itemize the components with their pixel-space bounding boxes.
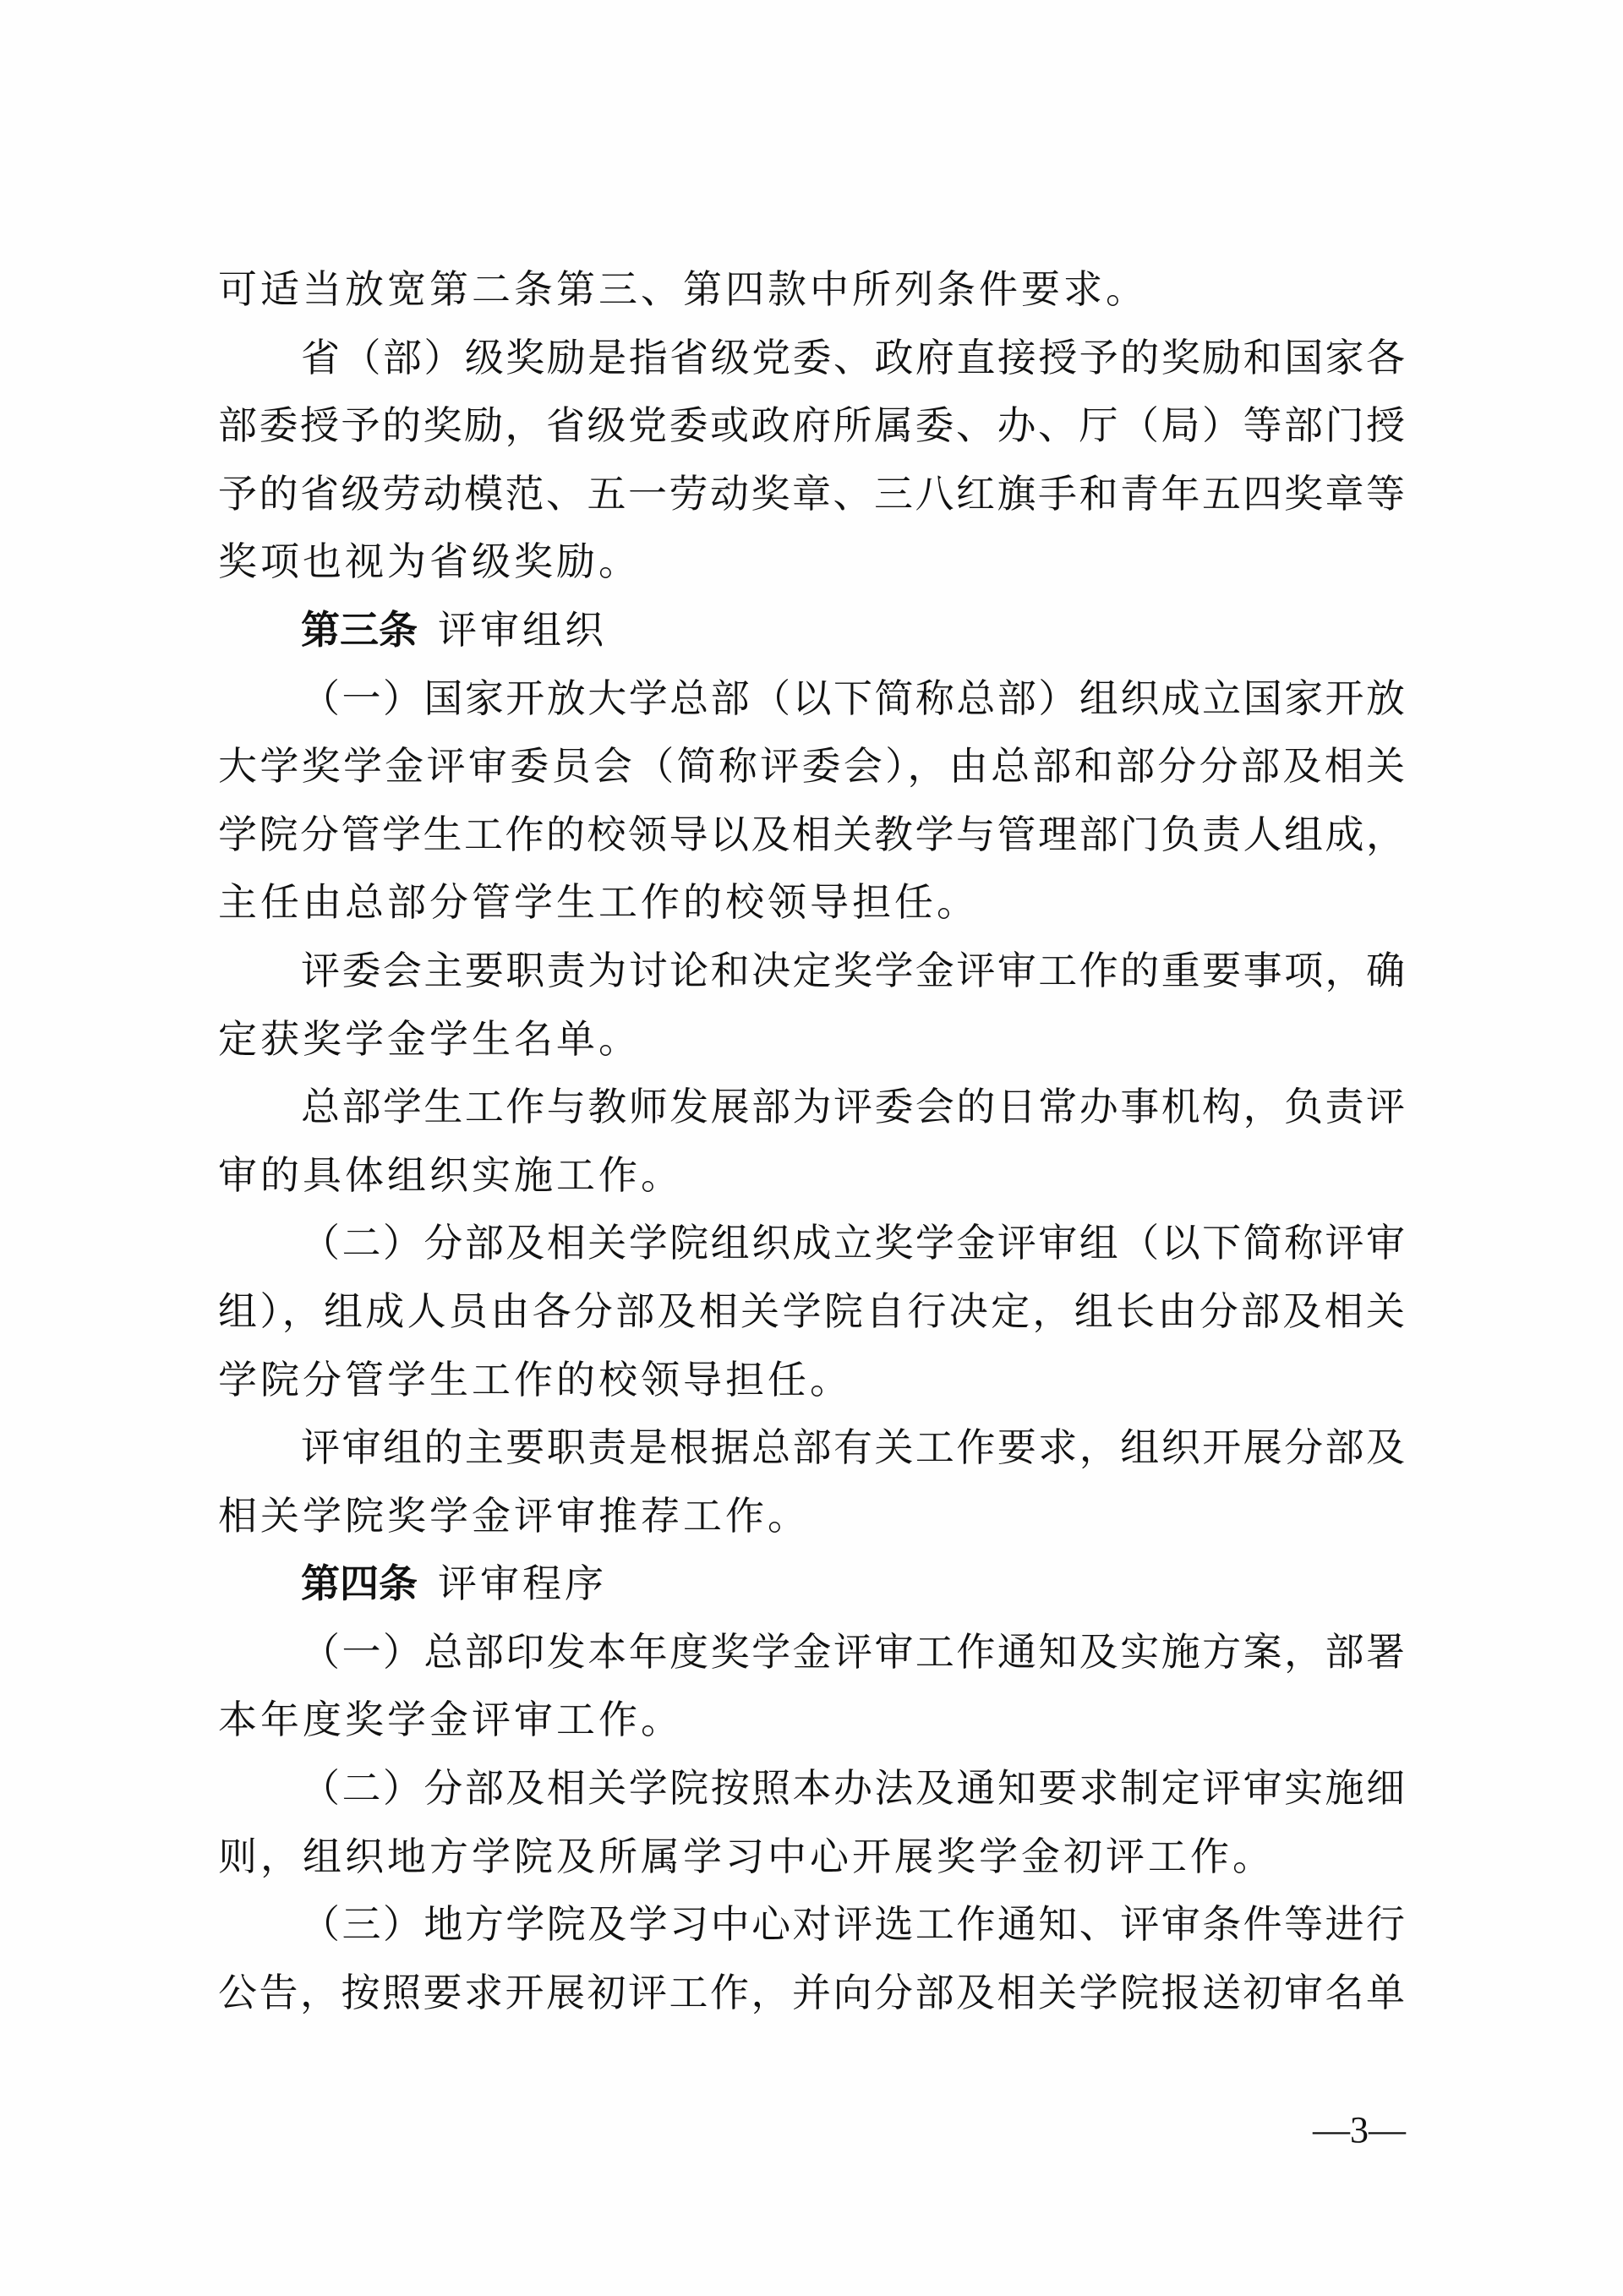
article-heading: 第四条评审程序 [218, 1550, 1405, 1618]
paragraph-line: 相关学院奖学金评审推荐工作。 [218, 1482, 1405, 1550]
paragraph-line: 公告，按照要求开展初评工作，并向分部及相关学院报送初审名单 [218, 1959, 1405, 2027]
paragraph-line: （三）地方学院及学习中心对评选工作通知、评审条件等进行 [218, 1890, 1405, 1959]
document-body: 可适当放宽第二条第三、第四款中所列条件要求。省（部）级奖励是指省级党委、政府直接… [218, 255, 1405, 2026]
paragraph-line: 部委授予的奖励，省级党委或政府所属委、办、厅（局）等部门授 [218, 391, 1405, 460]
page-number: —3— [1307, 2108, 1412, 2152]
paragraph-line: 奖项也视为省级奖励。 [218, 528, 1405, 596]
paragraph-line: 评审组的主要职责是根据总部有关工作要求，组织开展分部及 [218, 1413, 1405, 1482]
article-number: 第四条 [301, 1561, 418, 1606]
article-number: 第三条 [301, 607, 418, 653]
paragraph-line: 总部学生工作与教师发展部为评委会的日常办事机构，负责评 [218, 1073, 1405, 1141]
paragraph-line: 主任由总部分管学生工作的校领导担任。 [218, 868, 1405, 937]
paragraph-line: 审的具体组织实施工作。 [218, 1141, 1405, 1210]
paragraph-line: 省（部）级奖励是指省级党委、政府直接授予的奖励和国家各 [218, 324, 1405, 392]
paragraph-line: （二）分部及相关学院按照本办法及通知要求制定评审实施细 [218, 1754, 1405, 1823]
paragraph-line: （一）总部印发本年度奖学金评审工作通知及实施方案，部署 [218, 1618, 1405, 1686]
paragraph-line: 予的省级劳动模范、五一劳动奖章、三八红旗手和青年五四奖章等 [218, 460, 1405, 528]
paragraph-line: 大学奖学金评审委员会（简称评委会），由总部和部分分部及相关 [218, 732, 1405, 801]
paragraph-line: 可适当放宽第二条第三、第四款中所列条件要求。 [218, 255, 1405, 324]
paragraph-line: 评委会主要职责为讨论和决定奖学金评审工作的重要事项，确 [218, 937, 1405, 1005]
paragraph-line: （二）分部及相关学院组织成立奖学金评审组（以下简称评审 [218, 1209, 1405, 1277]
document-page: 可适当放宽第二条第三、第四款中所列条件要求。省（部）级奖励是指省级党委、政府直接… [0, 0, 1623, 2296]
article-title: 评审组织 [438, 607, 607, 653]
paragraph-line: 组），组成人员由各分部及相关学院自行决定，组长由分部及相关 [218, 1277, 1405, 1346]
article-title: 评审程序 [438, 1561, 607, 1606]
article-heading: 第三条评审组织 [218, 596, 1405, 664]
paragraph-line: （一）国家开放大学总部（以下简称总部）组织成立国家开放 [218, 664, 1405, 733]
paragraph-line: 定获奖学金学生名单。 [218, 1005, 1405, 1074]
paragraph-line: 学院分管学生工作的校领导以及相关教学与管理部门负责人组成， [218, 801, 1405, 869]
paragraph-line: 学院分管学生工作的校领导担任。 [218, 1346, 1405, 1414]
paragraph-line: 本年度奖学金评审工作。 [218, 1686, 1405, 1754]
paragraph-line: 则，组织地方学院及所属学习中心开展奖学金初评工作。 [218, 1823, 1405, 1891]
